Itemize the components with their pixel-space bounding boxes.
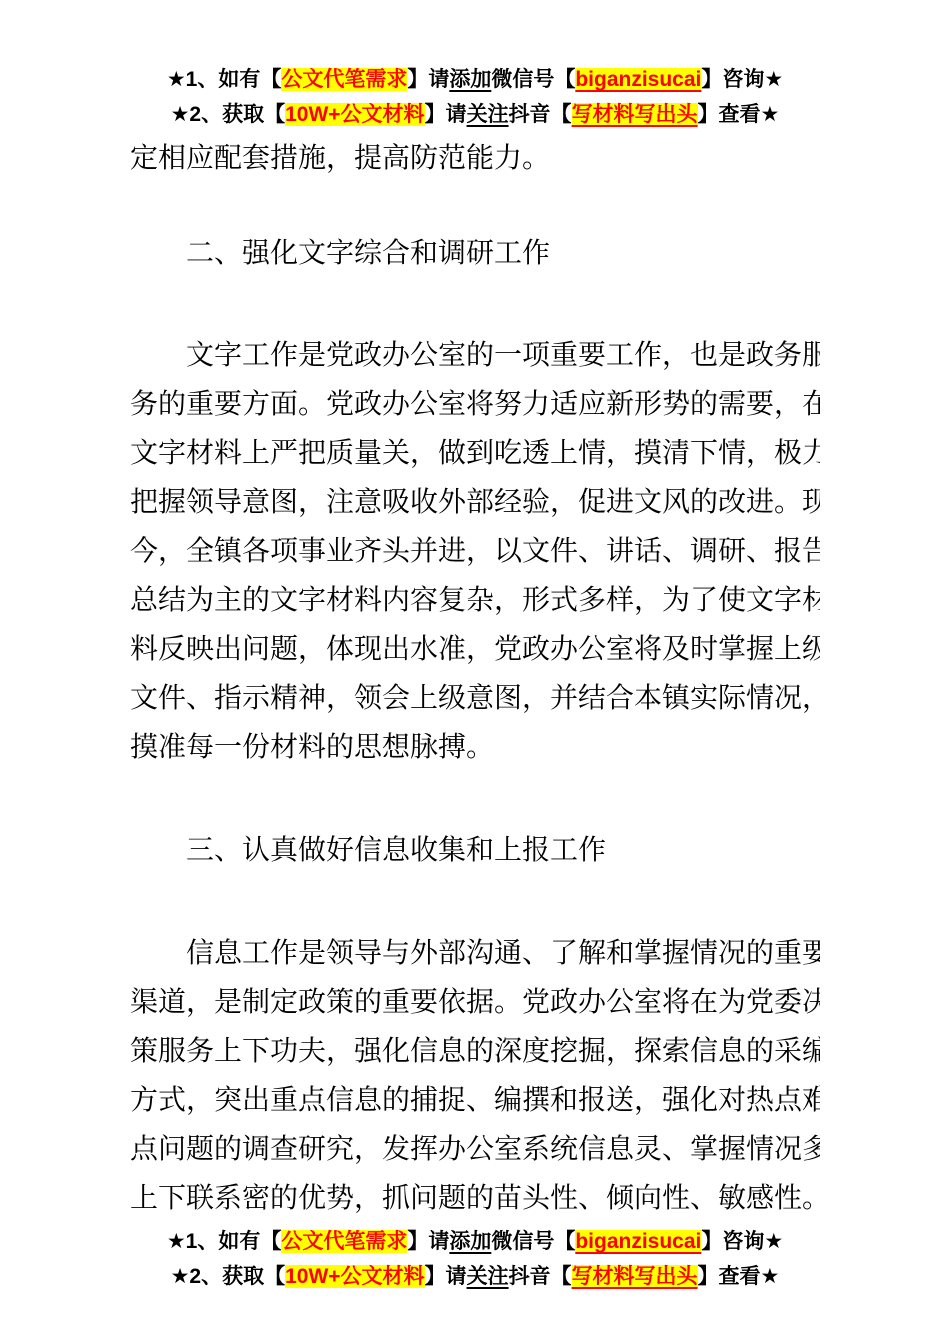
service-name-highlight: 公文代笔需求 [281, 68, 407, 91]
douyin-account-highlight: 写材料写出头 [572, 1265, 698, 1288]
notice-prefix: ★1、如有【 [167, 1230, 282, 1253]
notice-text: 】请 [425, 1265, 467, 1288]
notice-prefix: ★2、获取【 [171, 103, 286, 126]
header-notice-line-1: ★1、如有【公文代笔需求】请添加微信号【biganzisucai】咨询★ [0, 62, 950, 97]
text-line: 料反映出问题，体现出水准，党政办公室将及时掌握上级 [130, 624, 820, 673]
add-action-underline: 添加 [449, 1230, 491, 1253]
notice-suffix: 】查看★ [698, 1265, 780, 1288]
text-line: 把握领导意图，注意吸收外部经验，促进文风的改进。现 [130, 477, 820, 526]
wechat-id-highlight: biganzisucai [575, 68, 701, 91]
text-line: 今，全镇各项事业齐头并进，以文件、讲话、调研、报告 [130, 526, 820, 575]
section-2-heading: 二、强化文字综合和调研工作 [130, 228, 820, 277]
text-line: 摸准每一份材料的思想脉搏。 [130, 722, 820, 771]
document-page: ★1、如有【公文代笔需求】请添加微信号【biganzisucai】咨询★ ★2、… [0, 0, 950, 1344]
notice-prefix: ★1、如有【 [167, 68, 282, 91]
notice-text: 】请 [407, 1230, 449, 1253]
douyin-account-highlight: 写材料写出头 [572, 103, 698, 126]
text-line: 点问题的调查研究，发挥办公室系统信息灵、掌握情况多 [130, 1124, 820, 1173]
document-body: 定相应配套措施，提高防范能力。 二、强化文字综合和调研工作 文字工作是党政办公室… [130, 133, 820, 1222]
header-notice: ★1、如有【公文代笔需求】请添加微信号【biganzisucai】咨询★ ★2、… [0, 0, 950, 132]
text-line: 信息工作是领导与外部沟通、了解和掌握情况的重要 [130, 928, 820, 977]
header-notice-line-2: ★2、获取【10W+公文材料】请关注抖音【写材料写出头】查看★ [0, 97, 950, 132]
notice-text: 抖音【 [509, 1265, 572, 1288]
notice-text: 微信号【 [491, 68, 575, 91]
text-line: 文件、指示精神，领会上级意图，并结合本镇实际情况， [130, 673, 820, 722]
footer-notice-line-2: ★2、获取【10W+公文材料】请关注抖音【写材料写出头】查看★ [0, 1259, 950, 1294]
section-3-heading: 三、认真做好信息收集和上报工作 [130, 825, 820, 874]
material-count-highlight: 10W+公文材料 [285, 1265, 424, 1288]
footer-notice-line-1: ★1、如有【公文代笔需求】请添加微信号【biganzisucai】咨询★ [0, 1224, 950, 1259]
notice-text: 】请 [425, 103, 467, 126]
section-3-paragraph: 信息工作是领导与外部沟通、了解和掌握情况的重要渠道，是制定政策的重要依据。党政办… [130, 928, 820, 1222]
text-line: 上下联系密的优势，抓问题的苗头性、倾向性、敏感性。 [130, 1173, 820, 1222]
follow-action-underline: 关注 [467, 103, 509, 126]
footer-notice: ★1、如有【公文代笔需求】请添加微信号【biganzisucai】咨询★ ★2、… [0, 1224, 950, 1294]
notice-prefix: ★2、获取【 [171, 1265, 286, 1288]
text-line: 文字工作是党政办公室的一项重要工作，也是政务服 [130, 330, 820, 379]
notice-text: 抖音【 [509, 103, 572, 126]
material-count-highlight: 10W+公文材料 [285, 103, 424, 126]
notice-text: 微信号【 [491, 1230, 575, 1253]
text-line: 策服务上下功夫，强化信息的深度挖掘，探索信息的采编 [130, 1026, 820, 1075]
text-line: 渠道，是制定政策的重要依据。党政办公室将在为党委决 [130, 977, 820, 1026]
service-name-highlight: 公文代笔需求 [281, 1230, 407, 1253]
notice-suffix: 】咨询★ [701, 1230, 783, 1253]
paragraph-continuation: 定相应配套措施，提高防范能力。 [130, 133, 820, 182]
notice-suffix: 】查看★ [698, 103, 780, 126]
text-line: 文字材料上严把质量关，做到吃透上情，摸清下情，极力 [130, 428, 820, 477]
notice-text: 】请 [407, 68, 449, 91]
text-line: 方式，突出重点信息的捕捉、编撰和报送，强化对热点难 [130, 1075, 820, 1124]
follow-action-underline: 关注 [467, 1265, 509, 1288]
notice-suffix: 】咨询★ [701, 68, 783, 91]
add-action-underline: 添加 [449, 68, 491, 91]
text-line: 总结为主的文字材料内容复杂，形式多样，为了使文字材 [130, 575, 820, 624]
wechat-id-highlight: biganzisucai [575, 1230, 701, 1253]
section-2-paragraph: 文字工作是党政办公室的一项重要工作，也是政务服务的重要方面。党政办公室将努力适应… [130, 330, 820, 771]
text-line: 务的重要方面。党政办公室将努力适应新形势的需要，在 [130, 379, 820, 428]
